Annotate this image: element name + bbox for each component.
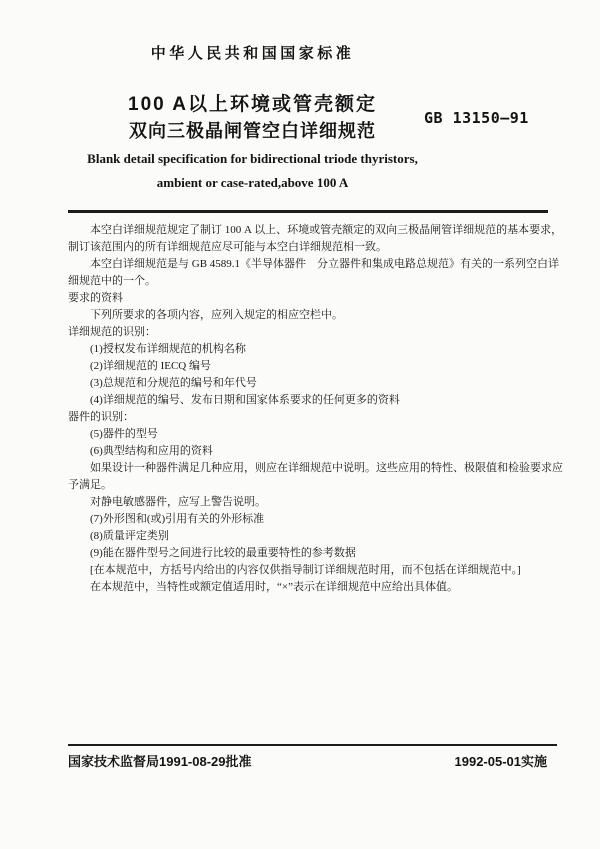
body-line: 要求的资料 [68,290,552,307]
body-line: (9)能在器件型号之间进行比较的最重要特性的参考数据 [68,545,552,562]
standard-heading: 中华人民共和国国家标准 [0,42,505,63]
body-line: (2)详细规范的 IECQ 编号 [68,358,552,375]
body-line: 细规范中的一个。 [68,273,552,290]
footer-divider [68,744,557,746]
body-line: (3)总规范和分规范的编号和年代号 [68,375,552,392]
body-line: 对静电敏感器件，应写上警告说明。 [68,494,552,511]
body-line: 予满足。 [68,477,552,494]
document-page: 中华人民共和国国家标准 100 A以上环境或管壳额定 双向三极晶闸管空白详细规范… [0,0,600,849]
body-line: 本空白详细规范规定了制订 100 A 以上、环境或管壳额定的双向三极晶闸管详细规… [68,222,552,239]
body-line: (7)外形图和(或)引用有关的外形标准 [68,511,552,528]
approval-text: 国家技术监督局1991-08-29批准 [68,751,252,770]
footer: 国家技术监督局1991-08-29批准 1992-05-01实施 [68,751,547,770]
body-text: 本空白详细规范规定了制订 100 A 以上、环境或管壳额定的双向三极晶闸管详细规… [68,222,552,596]
body-line: (5)器件的型号 [68,426,552,443]
body-line: (4)详细规范的编号、发布日期和国家体系要求的任何更多的资料 [68,392,552,409]
title-en-line2: ambient or case-rated,above 100 A [0,175,505,191]
body-line: (6)典型结构和应用的资料 [68,443,552,460]
standard-code: GB 13150—91 [424,109,529,127]
body-line: [在本规范中，方括号内给出的内容仅供指导制订详细规范时用，而不包括在详细规范中。… [68,562,552,579]
body-line: 如果设计一种器件满足几种应用，则应在详细规范中说明。这些应用的特性、极限值和检验… [68,460,552,477]
body-line: 器件的识别： [68,409,552,426]
body-line: 下列所要求的各项内容，应列入规定的相应空栏中。 [68,307,552,324]
body-line: 制订该范围内的所有详细规范应尽可能与本空白详细规范相一致。 [68,239,552,256]
body-line: 在本规范中，当特性或额定值适用时，“×”表示在详细规范中应给出具体值。 [68,579,552,596]
title-en-line1: Blank detail specification for bidirecti… [0,151,505,167]
body-line: 详细规范的识别： [68,324,552,341]
header-divider [68,210,548,213]
body-line: 本空白详细规范是与 GB 4589.1《半导体器件 分立器件和集成电路总规范》有… [68,256,552,273]
body-line: (8)质量评定类别 [68,528,552,545]
implementation-text: 1992-05-01实施 [455,751,548,770]
body-line: (1)授权发布详细规范的机构名称 [68,341,552,358]
